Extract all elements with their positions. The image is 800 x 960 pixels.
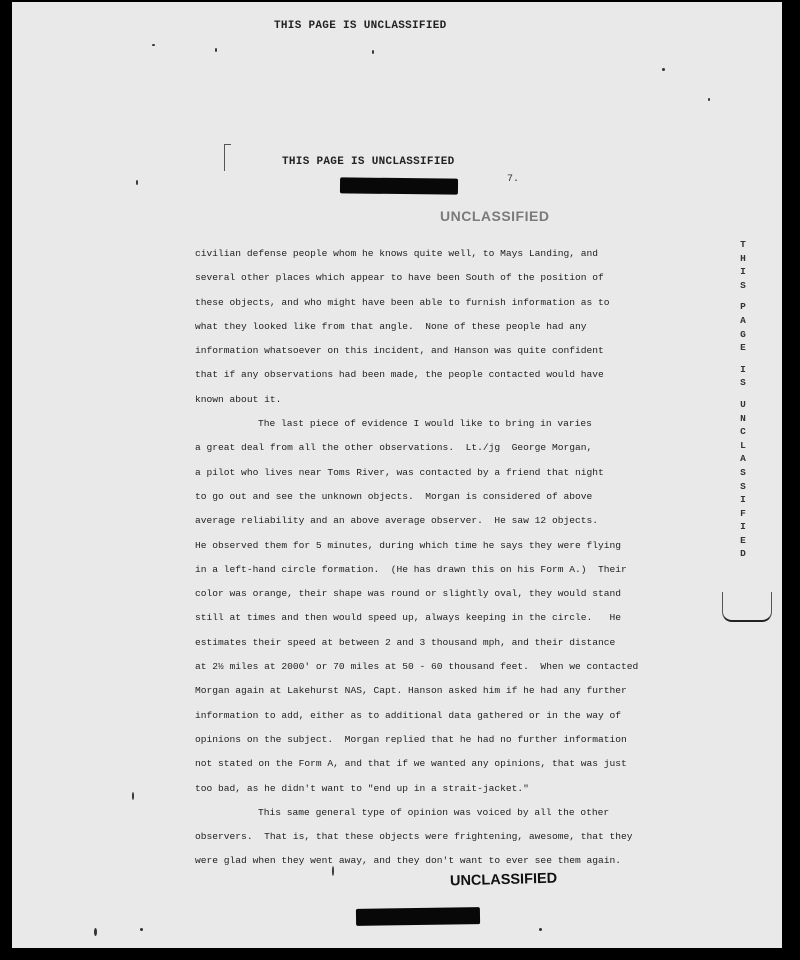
vertical-stamp-letter: S <box>740 466 746 480</box>
document-page: THIS PAGE IS UNCLASSIFIED THIS PAGE IS U… <box>12 2 782 948</box>
body-line: color was orange, their shape was round … <box>195 582 655 606</box>
body-line: at 2½ miles at 2000' or 70 miles at 50 -… <box>195 655 655 679</box>
scan-speck <box>132 792 134 800</box>
vertical-stamp-letter: H <box>740 252 746 266</box>
vertical-stamp-letter: P <box>740 300 746 314</box>
body-line: information to add, either as to additio… <box>195 704 655 728</box>
vertical-stamp-letter: G <box>740 328 746 342</box>
scan-speck <box>94 928 97 936</box>
body-line: in a left-hand circle formation. (He has… <box>195 558 655 582</box>
body-line: Morgan again at Lakehurst NAS, Capt. Han… <box>195 679 655 703</box>
header-classification-stamp: THIS PAGE IS UNCLASSIFIED <box>274 20 447 32</box>
vertical-stamp-letter: D <box>740 547 746 561</box>
body-line: too bad, as he didn't want to "end up in… <box>195 777 655 801</box>
body-line: a great deal from all the other observat… <box>195 436 655 460</box>
vertical-stamp-letter: A <box>740 314 746 328</box>
vertical-stamp-letter: C <box>740 425 746 439</box>
body-line: known about it. <box>195 388 655 412</box>
scan-speck <box>539 928 542 931</box>
body-line: that if any observations had been made, … <box>195 363 655 387</box>
body-line: estimates their speed at between 2 and 3… <box>195 631 655 655</box>
body-line: He observed them for 5 minutes, during w… <box>195 534 655 558</box>
vertical-stamp-letter: L <box>740 439 746 453</box>
vertical-stamp-letter: I <box>740 493 746 507</box>
vertical-stamp-letter: N <box>740 412 746 426</box>
scan-speck <box>372 50 374 54</box>
body-line: average reliability and an above average… <box>195 509 655 533</box>
body-line: what they looked like from that angle. N… <box>195 315 655 339</box>
page-number: 7. <box>507 174 519 185</box>
vertical-stamp-letter: T <box>740 238 746 252</box>
body-line: still at times and then would speed up, … <box>195 606 655 630</box>
body-line: to go out and see the unknown objects. M… <box>195 485 655 509</box>
scan-speck <box>140 928 143 931</box>
vertical-stamp-letter: S <box>740 279 746 293</box>
vertical-stamp-letter: I <box>740 265 746 279</box>
body-line: This same general type of opinion was vo… <box>195 801 655 825</box>
vertical-stamp-letter: E <box>740 341 746 355</box>
body-line: observers. That is, that these objects w… <box>195 825 655 849</box>
footer-classification-stamp: UNCLASSIFIED <box>450 871 558 890</box>
margin-mark <box>224 144 231 171</box>
scan-speck <box>215 48 217 52</box>
body-line: civilian defense people whom he knows qu… <box>195 242 655 266</box>
vertical-stamp-letter: I <box>740 363 746 377</box>
vertical-stamp-letter: I <box>740 520 746 534</box>
scan-speck <box>136 180 138 185</box>
vertical-classification-stamp: THISPAGEISUNCLASSIFIED <box>737 238 749 561</box>
vertical-stamp-letter: F <box>740 507 746 521</box>
body-line: not stated on the Form A, and that if we… <box>195 752 655 776</box>
body-line: The last piece of evidence I would like … <box>195 412 655 436</box>
body-line: several other places which appear to hav… <box>195 266 655 290</box>
redaction-bar-bottom <box>356 907 480 926</box>
scan-speck <box>662 68 665 71</box>
vertical-stamp-letter: S <box>740 376 746 390</box>
body-line: a pilot who lives near Toms River, was c… <box>195 461 655 485</box>
scan-speck <box>152 44 155 46</box>
faded-unclassified-stamp: UNCLASSIFIED <box>440 208 549 224</box>
vertical-stamp-letter: S <box>740 480 746 494</box>
vertical-stamp-letter: U <box>740 398 746 412</box>
body-line: these objects, and who might have been a… <box>195 291 655 315</box>
body-text: civilian defense people whom he knows qu… <box>195 242 655 874</box>
scan-speck <box>708 98 710 101</box>
vertical-stamp-letter: E <box>740 534 746 548</box>
body-line: were glad when they went away, and they … <box>195 849 655 873</box>
body-line: information whatsoever on this incident,… <box>195 339 655 363</box>
scan-speck <box>332 866 334 876</box>
secondary-classification-stamp: THIS PAGE IS UNCLASSIFIED <box>282 156 455 168</box>
vertical-stamp-letter: A <box>740 452 746 466</box>
body-line: opinions on the subject. Morgan replied … <box>195 728 655 752</box>
redaction-bar-top <box>340 177 458 194</box>
stamp-bracket-mark <box>722 592 772 622</box>
